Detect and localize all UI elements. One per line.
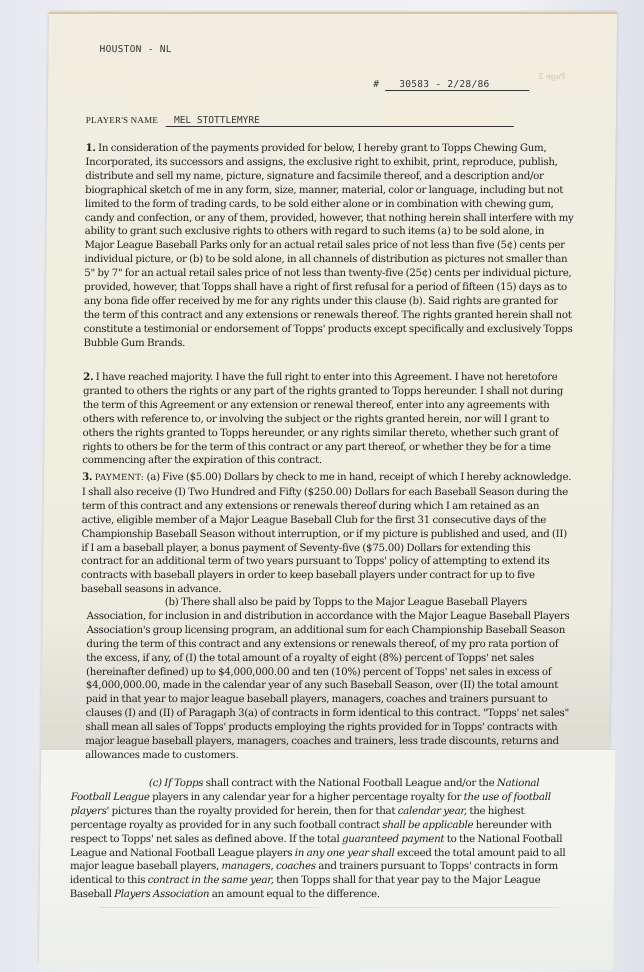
page-ghost-text: Page 2 <box>538 72 565 81</box>
italic-text: Players Association <box>114 889 209 900</box>
player-name-label: PLAYER'S NAME <box>86 115 158 125</box>
paragraph-number: 3. <box>82 471 92 483</box>
italic-text: shall be applicable <box>382 820 473 831</box>
paragraph-number: 2. <box>83 371 93 383</box>
paragraph-text: an amount equal to the difference. <box>209 889 380 900</box>
paragraph-heading: PAYMENT: <box>95 473 144 483</box>
player-name-value: MEL STOTTLEMYRE <box>166 115 514 127</box>
signature-line-ghost <box>360 907 560 908</box>
paragraph-3: 3. PAYMENT: (a) Five ($5.00) Dollars by … <box>81 471 572 597</box>
italic-text: contract in the same year, <box>148 875 274 886</box>
italic-text: guaranteed payment <box>342 834 444 845</box>
paragraph-number: 1. <box>85 142 95 154</box>
paragraph-2: 2. I have reached majority. I have the f… <box>82 371 573 468</box>
contract-number-prefix: # <box>373 79 379 90</box>
player-name-row: PLAYER'S NAMEMEL STOTTLEMYRE <box>86 115 514 127</box>
italic-text: in any one year shall <box>295 848 395 859</box>
italic-text: managers, coaches <box>221 861 315 872</box>
paragraph-text: I have reached majority. I have the full… <box>82 372 563 466</box>
paragraph-text: shall contract with the National Footbal… <box>203 778 497 789</box>
italic-text: (c) If Topps <box>149 778 203 789</box>
paragraph-3c: (c) If Topps shall contract with the Nat… <box>70 777 581 902</box>
italic-text: calendar year, <box>398 806 467 817</box>
paragraph-text: In consideration of the payments provide… <box>83 143 573 349</box>
contract-page: HOUSTON - NL Page 2 #30583 - 2/28/86 PLA… <box>39 12 617 962</box>
paragraph-3b: (b) There shall also be paid by Topps to… <box>85 596 577 763</box>
contract-number: #30583 - 2/28/86 <box>373 79 529 91</box>
signature-line-ghost <box>100 907 320 908</box>
paragraph-text: (a) Five ($5.00) Dollars by check to me … <box>81 472 571 595</box>
team-label: HOUSTON - NL <box>100 44 172 55</box>
paragraph-1: 1. In consideration of the payments prov… <box>83 142 575 351</box>
paragraph-text: pictures than the royalty provided for h… <box>109 806 398 817</box>
contract-number-value: 30583 - 2/28/86 <box>385 79 529 91</box>
paragraph-text: players in any calendar year for a highe… <box>150 792 464 803</box>
paragraph-text: (b) There shall also be paid by Topps to… <box>85 597 569 761</box>
